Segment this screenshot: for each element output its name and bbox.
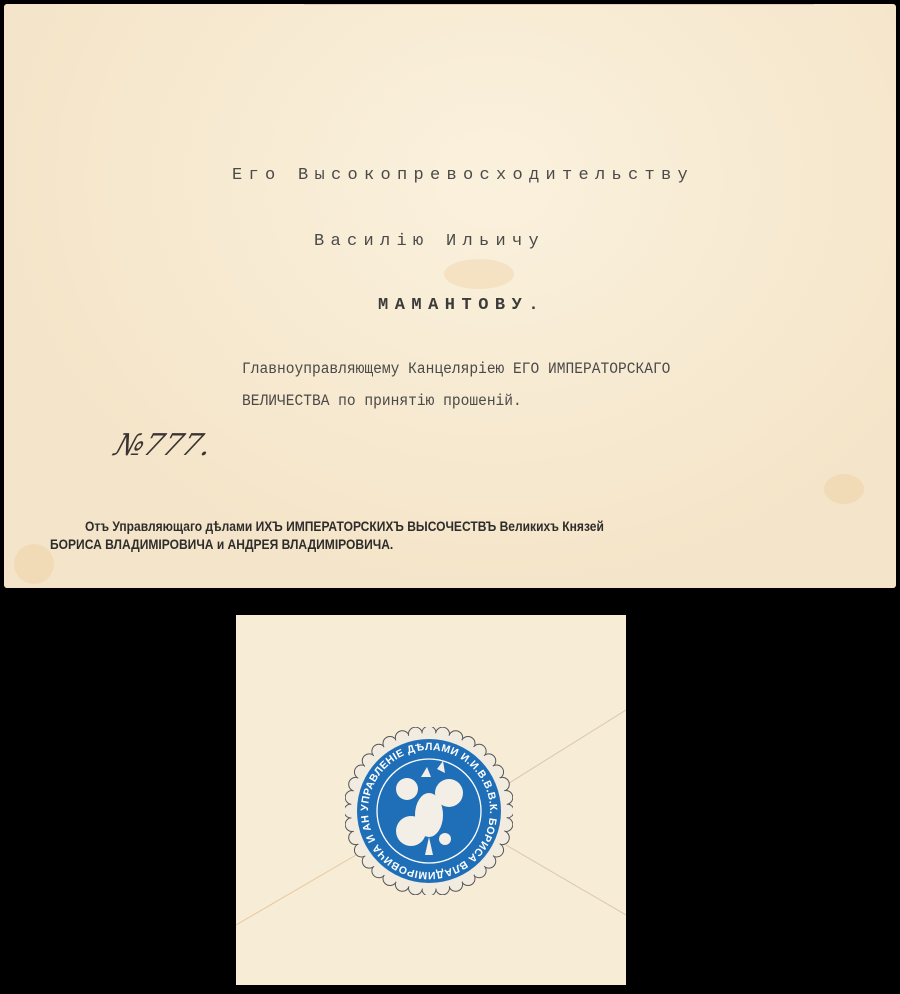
address-surname: МАМАНТОВУ. [378,296,545,315]
sender-line-2: БОРИСА ВЛАДИМІРОВИЧА и АНДРЕЯ ВЛАДИМІРОВ… [50,536,393,552]
stain [14,544,54,584]
stain [824,474,864,504]
sender-line-1: Отъ Управляющаго дѣлами ИХЪ ИМПЕРАТОРСКИ… [85,518,604,534]
torn-edge [304,4,814,35]
stain [444,259,514,289]
address-title-line-2: ВЕЛИЧЕСТВА по принятію прошеній. [242,392,522,410]
address-title-line-1: Главноуправляющему Канцеляріею ЕГО ИМПЕР… [242,360,670,378]
address-first-name: Василію Ильичу [314,232,545,251]
handwritten-number: №777. [110,428,217,463]
wax-seal: УПРАВЛЕНІЕ ДѢЛАМИ И.И.В.В.В.К. БОРИСА ВЛ… [345,727,513,895]
address-honorific: Его Высокопревосходительству [232,166,694,185]
